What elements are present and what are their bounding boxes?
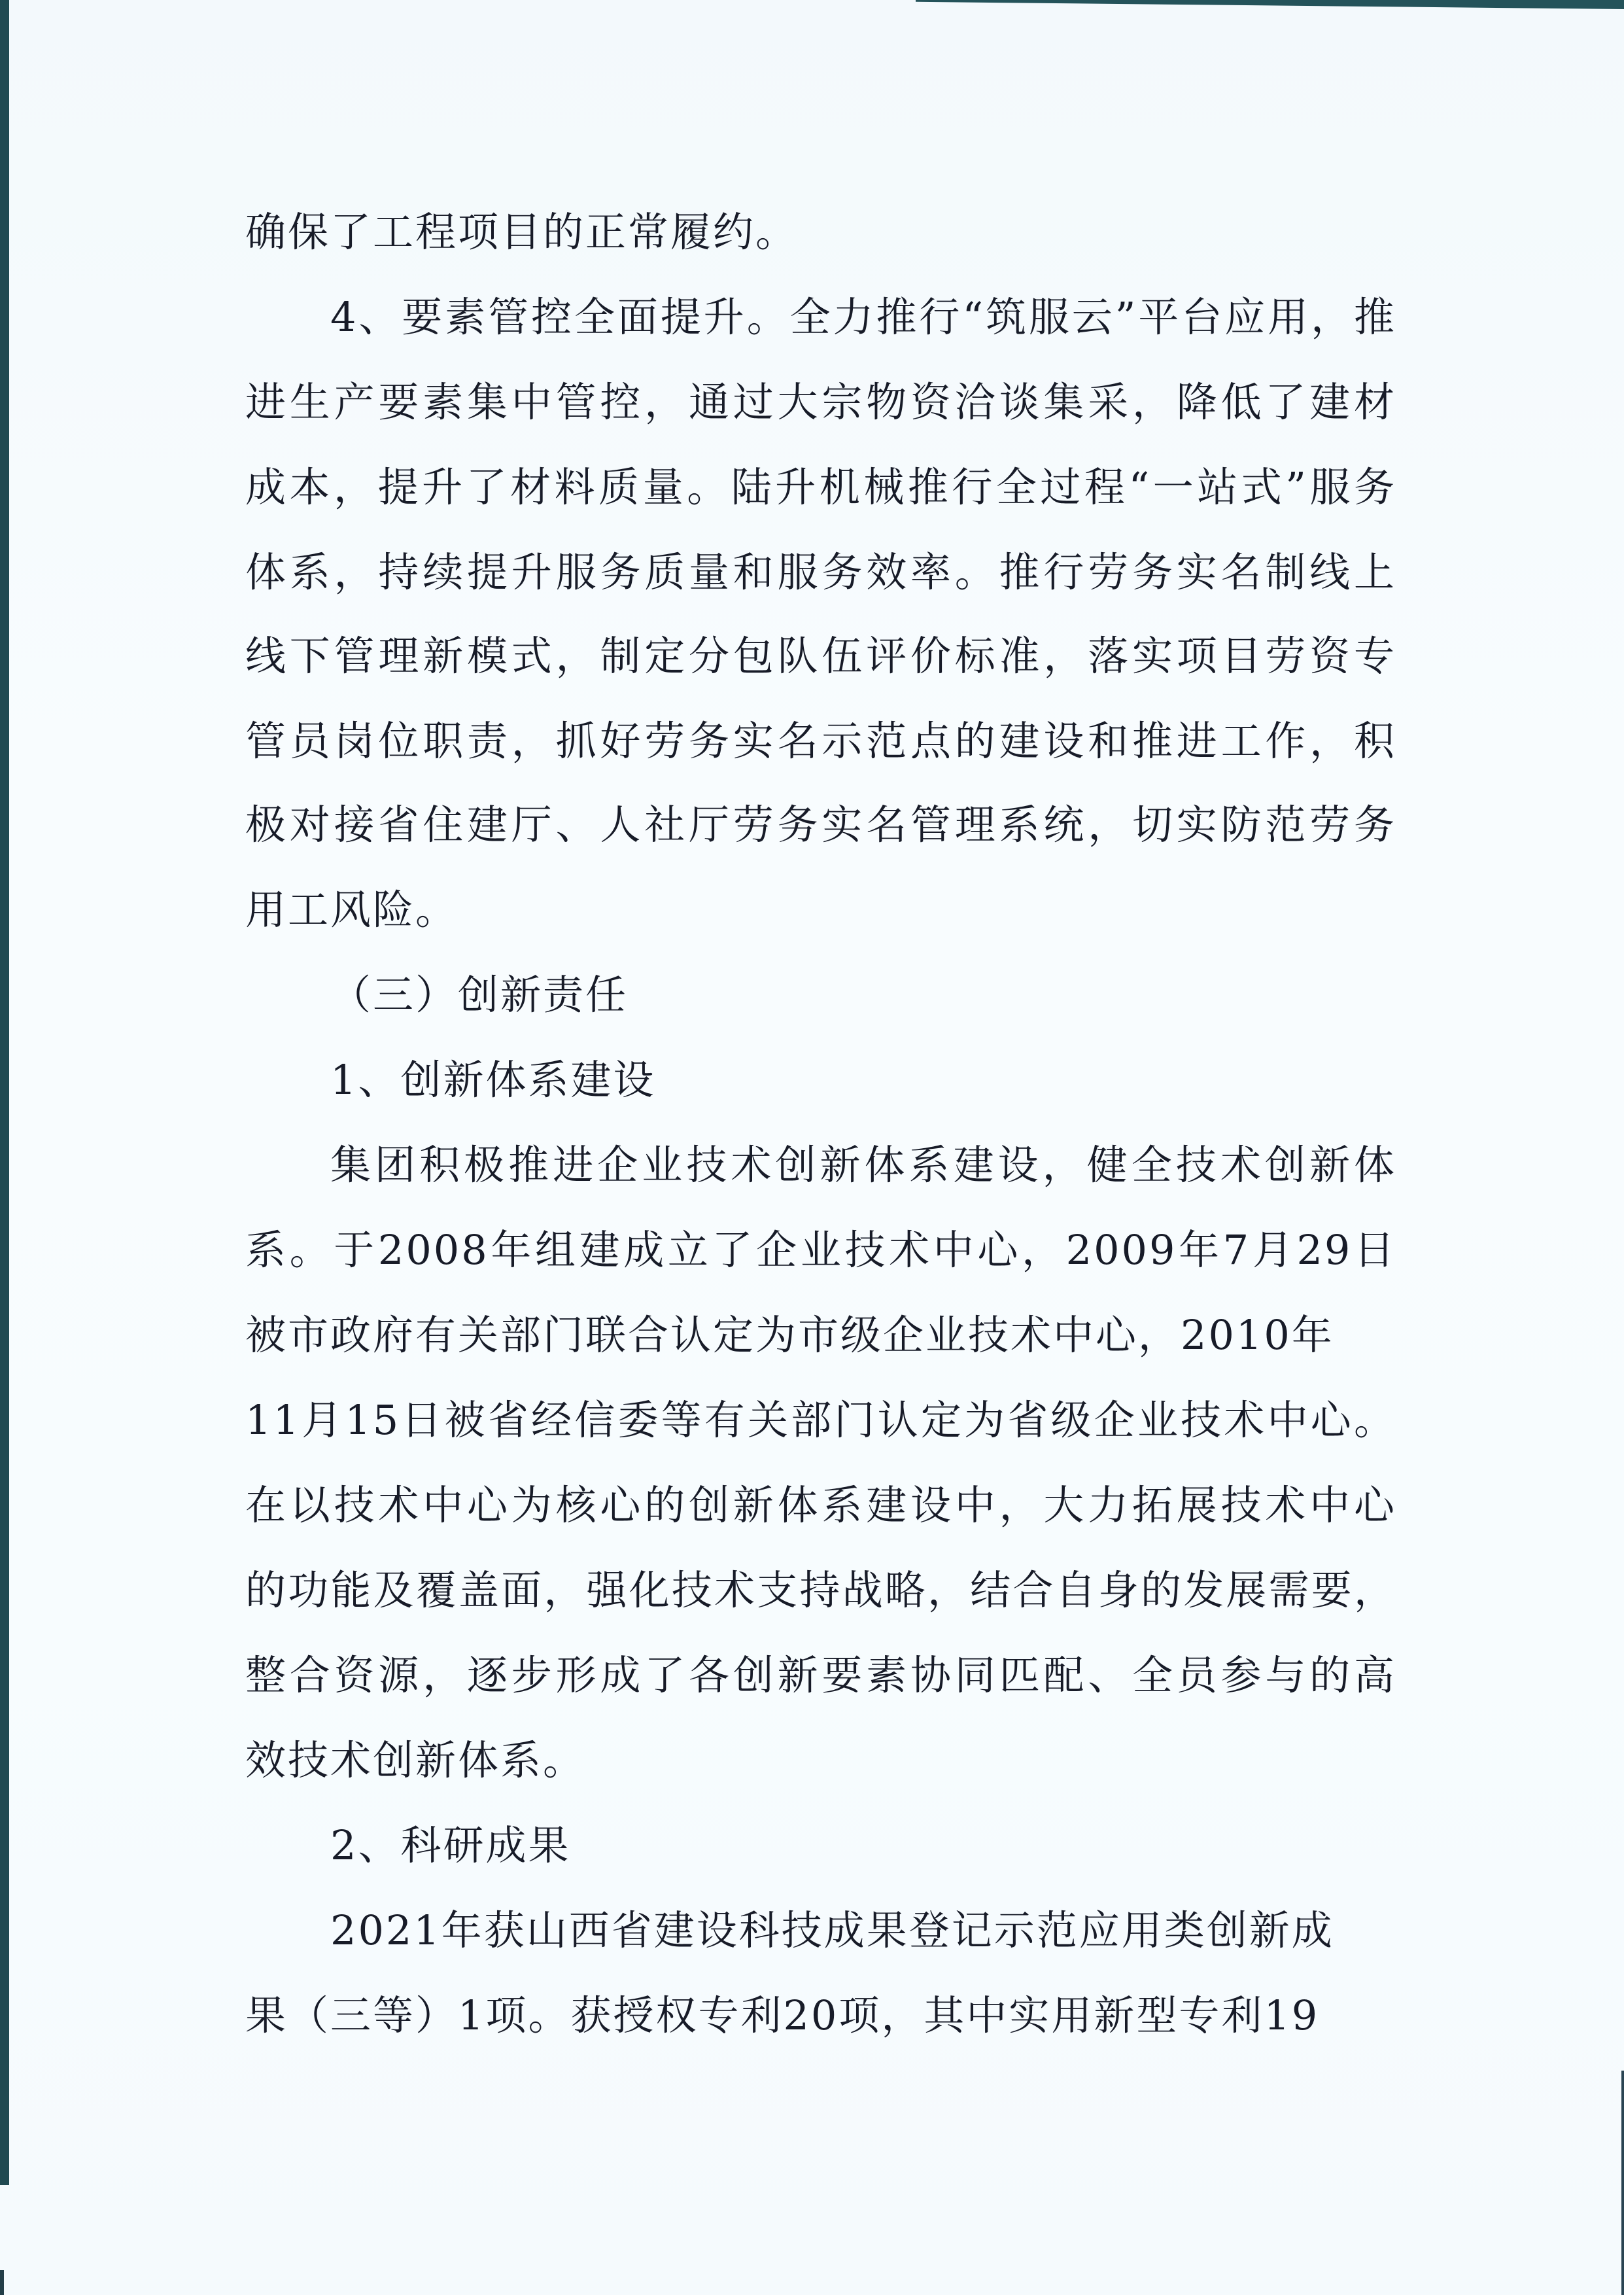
paragraph-line: 集团积极推进企业技术创新体系建设，健全技术创新体 [330,1142,1396,1188]
paragraph-line: 确保了工程项目的正常履约。 [245,209,798,255]
item-4-heading-line: 4、要素管控全面提升。全力推行“筑服云”平台应用，推 [330,294,1396,340]
paragraph-line: 的功能及覆盖面，强化技术支持战略，结合自身的发展需要， [245,1568,1396,1613]
subsection-heading-2: 2、科研成果 [330,1823,570,1868]
paragraph-line: 管员岗位职责，抓好劳务实名示范点的建设和推进工作，积 [245,718,1396,764]
section-heading: （三）创新责任 [330,972,628,1018]
paragraph-line: 用工风险。 [245,887,458,933]
scanner-edge-right [1621,2071,1624,2295]
scanner-edge-left-bottom [0,2270,4,2295]
paragraph-line: 效技术创新体系。 [245,1738,585,1783]
paragraph-line: 在以技术中心为核心的创新体系建设中，大力拓展技术中心 [245,1482,1396,1528]
paragraph-line: 系。于2008年组建成立了企业技术中心，2009年7月29日 [245,1227,1396,1273]
paragraph-line: 线下管理新模式，制定分包队伍评价标准，落实项目劳资专 [245,633,1396,679]
paragraph-line: 整合资源，逐步形成了各创新要素协同匹配、全员参与的高 [245,1653,1396,1698]
paragraph-line: 11月15日被省经信委等有关部门认定为省级企业技术中心。 [245,1397,1396,1443]
paragraph-line: 体系，持续提升服务质量和服务效率。推行劳务实名制线上 [245,550,1396,595]
paragraph-line: 成本，提升了材料质量。陆升机械推行全过程“一站式”服务 [245,464,1396,510]
paragraph-line: 进生产要素集中管控，通过大宗物资洽谈集采，降低了建材 [245,379,1396,425]
paragraph-line: 极对接省住建厅、人社厅劳务实名管理系统，切实防范劳务 [245,802,1396,848]
paragraph-line: 被市政府有关部门联合认定为市级企业技术中心，2010年 [245,1312,1334,1358]
paragraph-line: 果（三等）1项。获授权专利20项，其中实用新型专利19 [245,1993,1319,2039]
paragraph-line: 2021年获山西省建设科技成果登记示范应用类创新成 [330,1908,1334,1953]
scanner-edge-left [0,0,9,2185]
subsection-heading-1: 1、创新体系建设 [330,1057,655,1103]
